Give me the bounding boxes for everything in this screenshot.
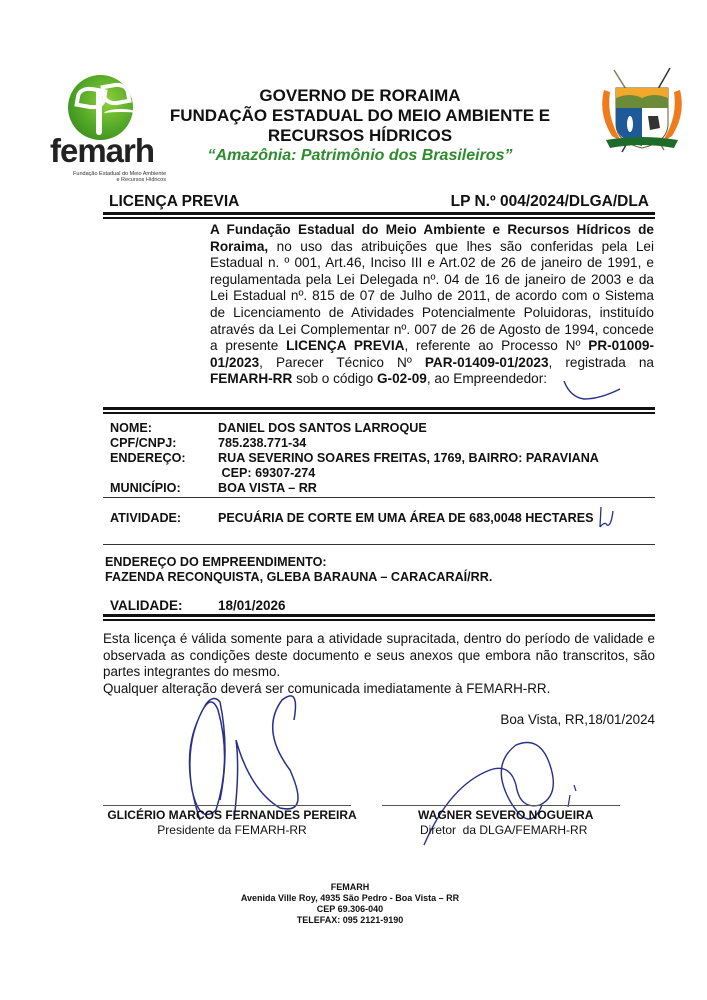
intro-text: no uso das atribuições que lhes são conf… — [210, 239, 654, 354]
validity-note: Esta licença é válida somente para a ati… — [103, 631, 655, 697]
note-paragraph: Esta licença é válida somente para a ati… — [103, 631, 655, 681]
field-value-address: RUA SEVERINO SOARES FREITAS, 1769, BAIRR… — [218, 451, 599, 466]
intro-text: , registrada na — [549, 355, 654, 370]
divider — [103, 544, 655, 545]
intro-text: , referente ao Processo Nº — [404, 338, 588, 353]
intro-text: sob o código — [292, 371, 377, 386]
footer-cep: CEP 69.306-040 — [200, 904, 500, 915]
note-last-line: Qualquer alteração deverá ser comunicada… — [103, 681, 655, 698]
enterprise-address-value: FAZENDA RECONQUISTA, GLEBA BARAUNA – CAR… — [105, 570, 492, 584]
double-divider — [103, 614, 655, 622]
license-number: LP N.º 004/2024/DLGA/DLA — [451, 193, 649, 211]
signature-line — [382, 805, 620, 806]
field-label-municipality: MUNICÍPIO: — [110, 481, 181, 496]
intro-text: , Parecer Técnico Nº — [259, 355, 425, 370]
registry-code: G-02-09 — [377, 371, 427, 386]
double-divider — [103, 407, 655, 415]
signatory-name-director: WAGNER SEVERO NOGUEIRA — [418, 808, 593, 822]
signatory-role-president: Presidente da FEMARH-RR — [103, 823, 361, 837]
field-value-cep: CEP: 69307-274 — [218, 466, 315, 481]
footer-org: FEMARH — [200, 882, 500, 893]
header-motto: “Amazônia: Patrimônio dos Brasileiros” — [160, 146, 560, 166]
place-and-date: Boa Vista, RR,18/01/2024 — [500, 712, 655, 727]
enterprise-address-label: ENDEREÇO DO EMPREENDIMENTO: — [105, 555, 327, 569]
document-header: GOVERNO DE RORAIMA FUNDAÇÃO ESTADUAL DO … — [160, 86, 560, 166]
activity-value: PECUÁRIA DE CORTE EM UMA ÁREA DE 683,004… — [218, 511, 594, 525]
field-label-name: NOME: — [110, 421, 152, 436]
roraima-coat-of-arms-icon — [592, 64, 692, 160]
header-foundation-cont: RECURSOS HÍDRICOS — [160, 126, 560, 146]
field-value-cpf: 785.238.771-34 — [218, 436, 306, 451]
logo-subtitle: Fundação Estadual do Meio Ambiente e Rec… — [38, 171, 166, 183]
femarh-logo: femarh Fundação Estadual do Meio Ambient… — [38, 72, 168, 172]
header-government: GOVERNO DE RORAIMA — [160, 86, 560, 106]
activity-label: ATIVIDADE: — [110, 511, 181, 525]
initials-scribble-icon — [597, 505, 619, 529]
field-value-name: DANIEL DOS SANTOS LARROQUE — [218, 421, 427, 436]
technical-opinion-number: PAR-01409-01/2023 — [425, 355, 549, 370]
intro-paragraph: A Fundação Estadual do Meio Ambiente e R… — [210, 222, 654, 388]
validity-label: VALIDADE: — [110, 598, 183, 613]
license-type: LICENÇA PREVIA — [109, 193, 239, 211]
header-foundation: FUNDAÇÃO ESTADUAL DO MEIO AMBIENTE E — [160, 106, 560, 126]
registry-name: FEMARH-RR — [210, 371, 292, 386]
field-label-cpf: CPF/CNPJ: — [110, 436, 176, 451]
license-title-row: LICENÇA PREVIA LP N.º 004/2024/DLGA/DLA — [109, 193, 649, 213]
logo-subtitle-line2: e Recursos Hídricos — [38, 177, 166, 183]
divider — [103, 497, 655, 498]
signatory-role-director: Diretor da DLGA/FEMARH-RR — [420, 823, 587, 837]
signatory-name-president: GLICÉRIO MARCOS FERNANDES PEREIRA — [103, 808, 361, 822]
intro-text: , ao Empreendedor: — [427, 371, 547, 386]
double-divider — [103, 212, 655, 220]
license-name: LICENÇA PREVIA — [286, 338, 404, 353]
signature-president-icon — [170, 680, 320, 825]
signature-line — [103, 805, 351, 806]
logo-wordmark: femarh — [50, 132, 154, 170]
footer-address: FEMARH Avenida Ville Roy, 4935 São Pedro… — [200, 882, 500, 926]
footer-street: Avenida Ville Roy, 4935 São Pedro - Boa … — [200, 893, 500, 904]
field-label-address: ENDEREÇO: — [110, 451, 186, 466]
field-value-municipality: BOA VISTA – RR — [218, 481, 317, 496]
validity-value: 18/01/2026 — [218, 598, 286, 613]
footer-phone: TELEFAX: 095 2121-9190 — [200, 915, 500, 926]
femarh-sprout-logo-icon — [68, 75, 133, 140]
